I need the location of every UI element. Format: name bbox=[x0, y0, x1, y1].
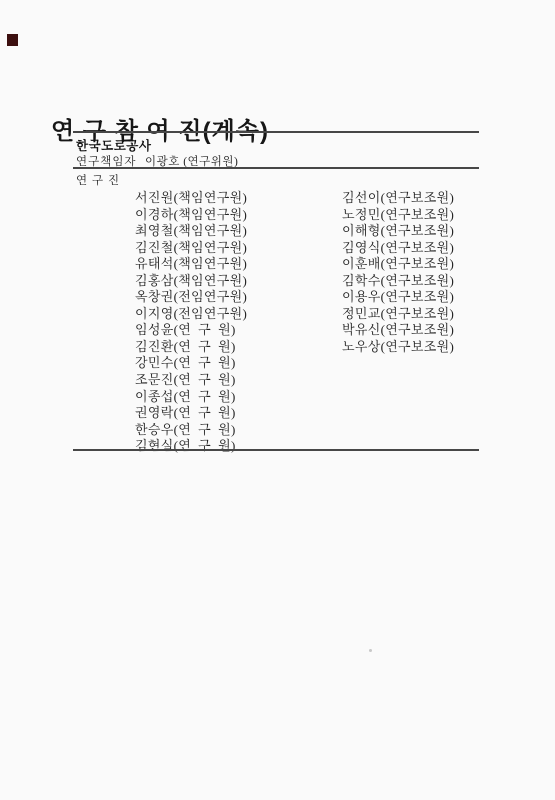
scan-speck bbox=[369, 649, 372, 652]
roster-row: 이지영(전임연구원)정민교(연구보조원) bbox=[0, 303, 555, 320]
document-page: 연 구 참 여 진(계속) 한국도로공사 연구책임자 이광호 (연구위원) 연 … bbox=[0, 0, 555, 800]
roster-row: 서진원(책임연구원)김선이(연구보조원) bbox=[0, 187, 555, 204]
header-rule-top bbox=[73, 131, 479, 133]
roster-row: 이종섭(연 구 원) bbox=[0, 386, 555, 403]
roster-row: 권영락(연 구 원) bbox=[0, 402, 555, 419]
roster-rule-bottom bbox=[73, 449, 479, 451]
organization-name: 한국도로공사 bbox=[76, 136, 151, 154]
corner-stamp-mark bbox=[7, 34, 18, 46]
header-rule-middle bbox=[73, 167, 479, 169]
roster-row: 옥창권(전임연구원)이용우(연구보조원) bbox=[0, 286, 555, 303]
member-name-left: 김현실(연 구 원) bbox=[135, 435, 236, 454]
team-section-label: 연 구 진 bbox=[76, 172, 120, 188]
roster-row: 이경하(책임연구원)노정민(연구보조원) bbox=[0, 204, 555, 221]
roster-row: 김홍삼(책임연구원)김학수(연구보조원) bbox=[0, 270, 555, 287]
roster-row: 강민수(연 구 원) bbox=[0, 352, 555, 369]
roster-row: 임성윤(연 구 원)박유신(연구보조원) bbox=[0, 319, 555, 336]
roster-row: 유태석(책임연구원)이훈배(연구보조원) bbox=[0, 253, 555, 270]
roster-row: 한승우(연 구 원) bbox=[0, 419, 555, 436]
roster-row: 김진환(연 구 원)노우상(연구보조원) bbox=[0, 336, 555, 353]
roster-row: 최영철(책임연구원)이해형(연구보조원) bbox=[0, 220, 555, 237]
roster: 서진원(책임연구원)김선이(연구보조원)이경하(책임연구원)노정민(연구보조원)… bbox=[0, 187, 555, 452]
roster-row: 조문진(연 구 원) bbox=[0, 369, 555, 386]
roster-row: 김진철(책임연구원)김영식(연구보조원) bbox=[0, 237, 555, 254]
